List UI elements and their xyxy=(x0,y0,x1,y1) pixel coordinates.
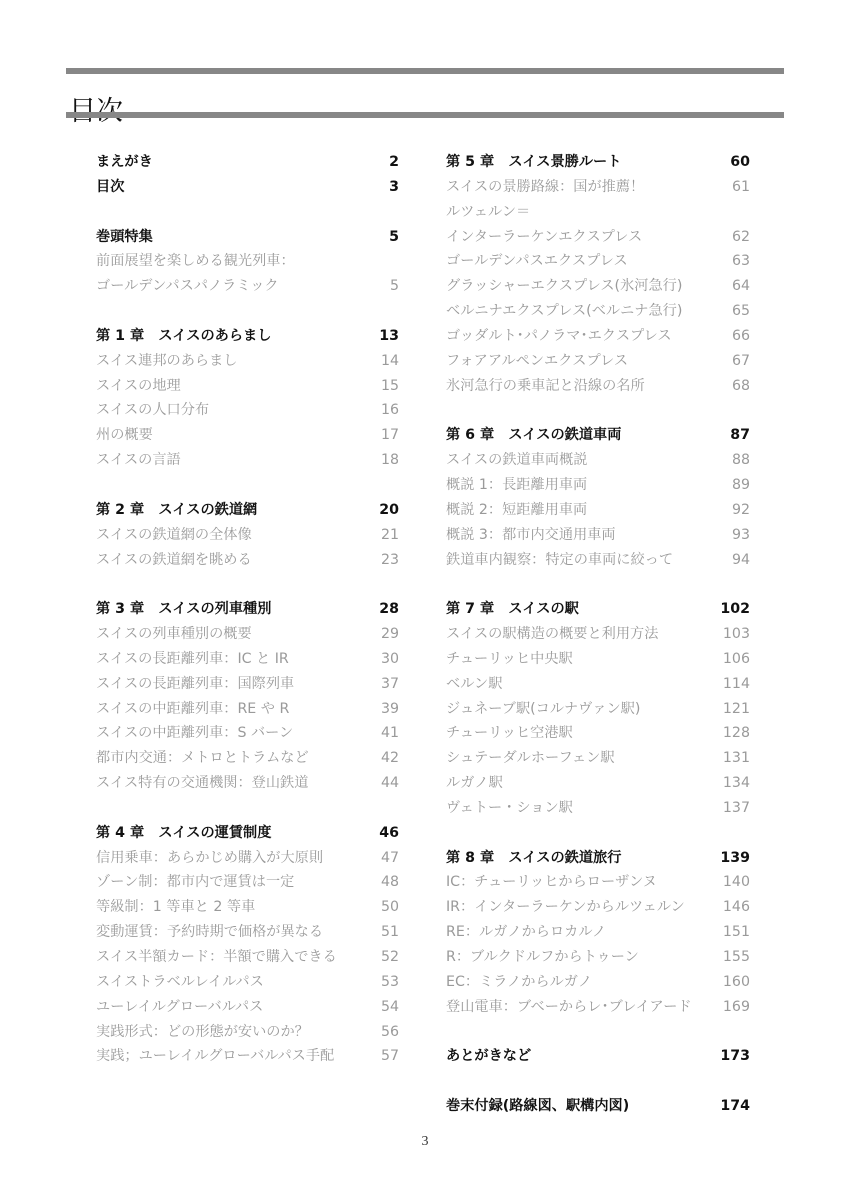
toc-entry-page: 146 xyxy=(723,895,750,920)
toc-entry-title: 都市内交通：メトロとトラムなど xyxy=(96,746,309,771)
toc-entry-title: スイスの列車種別の概要 xyxy=(96,622,252,647)
toc-section-entry[interactable]: IC：チューリッヒからローザンヌ140 xyxy=(446,870,750,895)
toc-section-entry[interactable]: 等級制：1 等車と 2 等車50 xyxy=(96,895,399,920)
toc-entry-page: 102 xyxy=(720,597,750,622)
toc-entry-title: スイスの駅構造の概要と利用方法 xyxy=(446,622,658,647)
toc-chapter-entry[interactable]: まえがき2 xyxy=(96,150,399,175)
toc-entry-title: EC：ミラノからルガノ xyxy=(446,970,592,995)
toc-entry-title: スイスの景勝路線：国が推薦！ xyxy=(446,175,644,200)
toc-section-entry[interactable]: チューリッヒ空港駅128 xyxy=(446,721,750,746)
toc-chapter-entry[interactable]: 第 2 章 スイスの鉄道網20 xyxy=(96,498,399,523)
toc-section-entry[interactable]: ゴールデンパスパノラミック5 xyxy=(96,274,399,299)
toc-section-entry[interactable]: グラッシャーエクスプレス(氷河急行)64 xyxy=(446,274,750,299)
toc-entry-page: 13 xyxy=(379,324,399,349)
toc-entry-title: 巻頭特集 xyxy=(96,225,153,250)
toc-entry-title: 第 1 章 スイスのあらまし xyxy=(96,324,271,349)
toc-entry-page: 64 xyxy=(732,274,750,299)
toc-entry-title: 氷河急行の乗車記と沿線の名所 xyxy=(446,374,645,399)
toc-section-entry[interactable]: スイスの列車種別の概要29 xyxy=(96,622,399,647)
toc-section-entry[interactable]: 前面展望を楽しめる観光列車： xyxy=(96,249,399,274)
toc-section-entry[interactable]: 州の概要17 xyxy=(96,423,399,448)
toc-entry-page: 68 xyxy=(732,374,750,399)
toc-entry-title: RE：ルガノからロカルノ xyxy=(446,920,606,945)
toc-entry-page: 48 xyxy=(381,870,399,895)
toc-section-entry[interactable]: スイストラベルレイルパス53 xyxy=(96,970,399,995)
toc-entry-page: 28 xyxy=(379,597,399,622)
toc-entry-title: スイス半額カード：半額で購入できる xyxy=(96,945,337,970)
toc-section-entry[interactable]: スイスの景勝路線：国が推薦！61 xyxy=(446,175,750,200)
toc-section-entry[interactable]: インターラーケンエクスプレス62 xyxy=(446,225,750,250)
toc-entry-title: 変動運賃：予約時期で価格が異なる xyxy=(96,920,323,945)
toc-entry-title: 第 3 章 スイスの列車種別 xyxy=(96,597,271,622)
toc-spacer xyxy=(96,299,399,324)
toc-section-entry[interactable]: スイスの鉄道網の全体像21 xyxy=(96,523,399,548)
toc-spacer xyxy=(96,796,399,821)
toc-entry-page: 137 xyxy=(723,796,750,821)
toc-entry-title: 等級制：1 等車と 2 等車 xyxy=(96,895,255,920)
toc-spacer xyxy=(446,572,750,597)
toc-entry-page: 42 xyxy=(381,746,399,771)
toc-entry-page: 15 xyxy=(381,374,399,399)
toc-entry-title: フォアアルペンエクスプレス xyxy=(446,349,628,374)
toc-entry-page: 30 xyxy=(381,647,399,672)
toc-section-entry[interactable]: 信用乗車：あらかじめ購入が大原則47 xyxy=(96,846,399,871)
toc-entry-title: 信用乗車：あらかじめ購入が大原則 xyxy=(96,846,323,871)
toc-chapter-entry[interactable]: 巻末付録(路線図、駅構内図)174 xyxy=(446,1094,750,1119)
toc-entry-title: あとがきなど xyxy=(446,1044,531,1069)
toc-spacer xyxy=(96,473,399,498)
toc-right-column: 第 5 章 スイス景勝ルート60スイスの景勝路線：国が推薦！61ルツェルン＝イン… xyxy=(446,150,750,1119)
toc-spacer xyxy=(96,572,399,597)
toc-entry-title: 州の概要 xyxy=(96,423,153,448)
toc-section-entry[interactable]: 鉄道車内観察：特定の車両に絞って94 xyxy=(446,548,750,573)
toc-entry-title: スイスの鉄道車両概説 xyxy=(446,448,587,473)
toc-entry-page: 67 xyxy=(732,349,750,374)
toc-entry-title: ゾーン制：都市内で運賃は一定 xyxy=(96,870,294,895)
toc-entry-page: 53 xyxy=(381,970,399,995)
toc-section-entry[interactable]: スイス半額カード：半額で購入できる52 xyxy=(96,945,399,970)
toc-entry-page: 131 xyxy=(723,746,750,771)
toc-entry-title: 実践；ユーレイルグローバルパス手配 xyxy=(96,1044,334,1069)
toc-section-entry[interactable]: ゾーン制：都市内で運賃は一定48 xyxy=(96,870,399,895)
toc-chapter-entry[interactable]: 第 6 章 スイスの鉄道車両87 xyxy=(446,423,750,448)
toc-entry-title: インターラーケンエクスプレス xyxy=(446,225,642,250)
toc-entry-title: 第 4 章 スイスの運賃制度 xyxy=(96,821,271,846)
toc-entry-page: 14 xyxy=(381,349,399,374)
toc-entry-page: 114 xyxy=(723,672,750,697)
toc-entry-title: ゴッダルト･パノラマ･エクスプレス xyxy=(446,324,672,349)
toc-entry-title: ヴェトー・ション駅 xyxy=(446,796,573,821)
toc-section-entry[interactable]: スイスの中距離列車：RE や R39 xyxy=(96,697,399,722)
toc-section-entry[interactable]: シュテーダルホーフェン駅131 xyxy=(446,746,750,771)
toc-entry-page: 62 xyxy=(732,225,750,250)
toc-section-entry[interactable]: ルツェルン＝ xyxy=(446,200,750,225)
toc-entry-title: スイス連邦のあらまし xyxy=(96,349,237,374)
toc-entry-page: 160 xyxy=(723,970,750,995)
toc-entry-title: シュテーダルホーフェン駅 xyxy=(446,746,615,771)
toc-chapter-entry[interactable]: 第 8 章 スイスの鉄道旅行139 xyxy=(446,846,750,871)
toc-chapter-entry[interactable]: 巻頭特集5 xyxy=(96,225,399,250)
toc-entry-page: 46 xyxy=(379,821,399,846)
toc-section-entry[interactable]: 実践形式：どの形態が安いのか？56 xyxy=(96,1020,399,1045)
toc-entry-title: ジュネーブ駅(コルナヴァン駅) xyxy=(446,697,640,722)
toc-section-entry[interactable]: スイスの鉄道網を眺める23 xyxy=(96,548,399,573)
toc-section-entry[interactable]: ベルニナエクスプレス(ベルニナ急行)65 xyxy=(446,299,750,324)
toc-section-entry[interactable]: ゴッダルト･パノラマ･エクスプレス66 xyxy=(446,324,750,349)
toc-entry-title: ユーレイルグローバルパス xyxy=(96,995,263,1020)
toc-entry-title: 実践形式：どの形態が安いのか？ xyxy=(96,1020,309,1045)
toc-entry-page: 66 xyxy=(732,324,750,349)
toc-entry-page: 94 xyxy=(732,548,750,573)
toc-entry-page: 174 xyxy=(720,1094,750,1119)
toc-entry-page: 65 xyxy=(732,299,750,324)
toc-entry-page: 134 xyxy=(723,771,750,796)
toc-entry-title: ベルン駅 xyxy=(446,672,502,697)
toc-entry-page: 44 xyxy=(381,771,399,796)
toc-entry-page: 21 xyxy=(381,523,399,548)
toc-section-entry[interactable]: スイスの言語18 xyxy=(96,448,399,473)
toc-section-entry[interactable]: 概説 2：短距離用車両92 xyxy=(446,498,750,523)
toc-section-entry[interactable]: IR：インターラーケンからルツェルン146 xyxy=(446,895,750,920)
toc-left-column: まえがき2目次3巻頭特集5前面展望を楽しめる観光列車：ゴールデンパスパノラミック… xyxy=(96,150,399,1069)
toc-entry-title: 概説 3：都市内交通用車両 xyxy=(446,523,616,548)
toc-section-entry[interactable]: 都市内交通：メトロとトラムなど42 xyxy=(96,746,399,771)
toc-entry-title: 第 7 章 スイスの駅 xyxy=(446,597,579,622)
toc-entry-page: 103 xyxy=(723,622,750,647)
toc-entry-title: 目次 xyxy=(96,175,124,200)
toc-chapter-entry[interactable]: 目次3 xyxy=(96,175,399,200)
toc-chapter-entry[interactable]: 第 3 章 スイスの列車種別28 xyxy=(96,597,399,622)
toc-entry-title: スイスの鉄道網を眺める xyxy=(96,548,252,573)
toc-chapter-entry[interactable]: あとがきなど173 xyxy=(446,1044,750,1069)
toc-entry-title: スイスの長距離列車：国際列車 xyxy=(96,672,294,697)
toc-spacer xyxy=(446,1020,750,1045)
toc-entry-page: 39 xyxy=(381,697,399,722)
toc-entry-title: IC：チューリッヒからローザンヌ xyxy=(446,870,657,895)
toc-entry-title: スイスの言語 xyxy=(96,448,181,473)
toc-section-entry[interactable]: スイスの人口分布16 xyxy=(96,398,399,423)
toc-entry-title: ゴールデンパスパノラミック xyxy=(96,274,279,299)
toc-entry-title: スイストラベルレイルパス xyxy=(96,970,264,995)
toc-entry-page: 37 xyxy=(381,672,399,697)
toc-section-entry[interactable]: スイス連邦のあらまし14 xyxy=(96,349,399,374)
toc-entry-title: チューリッヒ中央駅 xyxy=(446,647,573,672)
toc-entry-page: 89 xyxy=(732,473,750,498)
toc-entry-page: 23 xyxy=(381,548,399,573)
toc-entry-page: 56 xyxy=(381,1020,399,1045)
toc-entry-title: 第 8 章 スイスの鉄道旅行 xyxy=(446,846,621,871)
toc-entry-title: 巻末付録(路線図、駅構内図) xyxy=(446,1094,629,1119)
toc-entry-page: 88 xyxy=(732,448,750,473)
toc-section-entry[interactable]: スイスの地理15 xyxy=(96,374,399,399)
toc-entry-title: 第 2 章 スイスの鉄道網 xyxy=(96,498,257,523)
toc-section-entry[interactable]: R：ブルクドルフからトゥーン155 xyxy=(446,945,750,970)
title-rule-top xyxy=(66,68,784,74)
toc-entry-title: 前面展望を楽しめる観光列車： xyxy=(96,249,295,274)
toc-entry-page: 18 xyxy=(381,448,399,473)
toc-section-entry[interactable]: ヴェトー・ション駅137 xyxy=(446,796,750,821)
toc-entry-page: 121 xyxy=(723,697,750,722)
toc-entry-title: スイス特有の交通機関：登山鉄道 xyxy=(96,771,308,796)
toc-entry-title: 概説 2：短距離用車両 xyxy=(446,498,587,523)
toc-entry-page: 29 xyxy=(381,622,399,647)
toc-entry-page: 155 xyxy=(723,945,750,970)
toc-entry-title: ゴールデンパスエクスプレス xyxy=(446,249,628,274)
toc-section-entry[interactable]: フォアアルペンエクスプレス67 xyxy=(446,349,750,374)
toc-entry-page: 61 xyxy=(732,175,750,200)
toc-spacer xyxy=(446,821,750,846)
toc-entry-title: 第 6 章 スイスの鉄道車両 xyxy=(446,423,621,448)
toc-entry-page: 93 xyxy=(732,523,750,548)
toc-entry-page: 57 xyxy=(381,1044,399,1069)
toc-section-entry[interactable]: チューリッヒ中央駅106 xyxy=(446,647,750,672)
toc-section-entry[interactable]: ゴールデンパスエクスプレス63 xyxy=(446,249,750,274)
toc-section-entry[interactable]: 概説 3：都市内交通用車両93 xyxy=(446,523,750,548)
toc-chapter-entry[interactable]: 第 4 章 スイスの運賃制度46 xyxy=(96,821,399,846)
toc-entry-title: 概説 1：長距離用車両 xyxy=(446,473,587,498)
toc-entry-page: 47 xyxy=(381,846,399,871)
toc-entry-title: R：ブルクドルフからトゥーン xyxy=(446,945,639,970)
toc-entry-page: 151 xyxy=(723,920,750,945)
toc-section-entry[interactable]: RE：ルガノからロカルノ151 xyxy=(446,920,750,945)
toc-section-entry[interactable]: ルガノ駅134 xyxy=(446,771,750,796)
toc-entry-page: 92 xyxy=(732,498,750,523)
toc-entry-page: 17 xyxy=(381,423,399,448)
toc-spacer xyxy=(446,398,750,423)
toc-section-entry[interactable]: 登山電車：ブベーからレ･ブレイアード169 xyxy=(446,995,750,1020)
toc-entry-title: スイスの鉄道網の全体像 xyxy=(96,523,252,548)
toc-entry-page: 5 xyxy=(389,225,399,250)
toc-entry-title: スイスの地理 xyxy=(96,374,181,399)
toc-entry-title: スイスの長距離列車：IC と IR xyxy=(96,647,289,672)
toc-entry-title: IR：インターラーケンからルツェルン xyxy=(446,895,685,920)
toc-chapter-entry[interactable]: 第 7 章 スイスの駅102 xyxy=(446,597,750,622)
toc-entry-title: 第 5 章 スイス景勝ルート xyxy=(446,150,621,175)
toc-entry-page: 51 xyxy=(381,920,399,945)
toc-section-entry[interactable]: 実践；ユーレイルグローバルパス手配57 xyxy=(96,1044,399,1069)
toc-entry-title: スイスの中距離列車：RE や R xyxy=(96,697,289,722)
toc-entry-title: まえがき xyxy=(96,150,153,175)
toc-section-entry[interactable]: ジュネーブ駅(コルナヴァン駅)121 xyxy=(446,697,750,722)
toc-entry-title: グラッシャーエクスプレス(氷河急行) xyxy=(446,274,682,299)
toc-section-entry[interactable]: スイスの鉄道車両概説88 xyxy=(446,448,750,473)
toc-section-entry[interactable]: スイスの長距離列車：IC と IR30 xyxy=(96,647,399,672)
toc-entry-page: 3 xyxy=(389,175,399,200)
toc-entry-title: ベルニナエクスプレス(ベルニナ急行) xyxy=(446,299,682,324)
toc-section-entry[interactable]: スイスの長距離列車：国際列車37 xyxy=(96,672,399,697)
toc-entry-page: 2 xyxy=(389,150,399,175)
toc-entry-title: ルツェルン＝ xyxy=(446,200,530,225)
toc-section-entry[interactable]: EC：ミラノからルガノ160 xyxy=(446,970,750,995)
toc-entry-title: スイスの中距離列車：S バーン xyxy=(96,721,293,746)
toc-entry-page: 5 xyxy=(390,274,399,299)
toc-section-entry[interactable]: スイスの駅構造の概要と利用方法103 xyxy=(446,622,750,647)
toc-entry-page: 106 xyxy=(723,647,750,672)
toc-entry-page: 173 xyxy=(720,1044,750,1069)
title-rule-bottom xyxy=(66,112,784,118)
toc-spacer xyxy=(96,200,399,225)
toc-entry-page: 128 xyxy=(723,721,750,746)
toc-entry-title: 鉄道車内観察：特定の車両に絞って xyxy=(446,548,673,573)
toc-section-entry[interactable]: スイス特有の交通機関：登山鉄道44 xyxy=(96,771,399,796)
toc-entry-page: 139 xyxy=(720,846,750,871)
toc-entry-title: ルガノ駅 xyxy=(446,771,503,796)
toc-entry-page: 54 xyxy=(381,995,399,1020)
toc-section-entry[interactable]: 氷河急行の乗車記と沿線の名所68 xyxy=(446,374,750,399)
toc-section-entry[interactable]: ベルン駅114 xyxy=(446,672,750,697)
toc-entry-page: 16 xyxy=(381,398,399,423)
toc-section-entry[interactable]: ユーレイルグローバルパス54 xyxy=(96,995,399,1020)
toc-entry-page: 87 xyxy=(730,423,750,448)
toc-entry-page: 41 xyxy=(381,721,399,746)
toc-entry-page: 52 xyxy=(381,945,399,970)
toc-section-entry[interactable]: 変動運賃：予約時期で価格が異なる51 xyxy=(96,920,399,945)
toc-entry-title: 登山電車：ブベーからレ･ブレイアード xyxy=(446,995,692,1020)
toc-section-entry[interactable]: 概説 1：長距離用車両89 xyxy=(446,473,750,498)
toc-spacer xyxy=(446,1069,750,1094)
toc-entry-page: 140 xyxy=(723,870,750,895)
toc-entry-title: スイスの人口分布 xyxy=(96,398,209,423)
toc-entry-page: 169 xyxy=(723,995,750,1020)
toc-section-entry[interactable]: スイスの中距離列車：S バーン41 xyxy=(96,721,399,746)
toc-entry-page: 60 xyxy=(730,150,750,175)
toc-entry-page: 63 xyxy=(732,249,750,274)
toc-chapter-entry[interactable]: 第 5 章 スイス景勝ルート60 xyxy=(446,150,750,175)
toc-entry-title: チューリッヒ空港駅 xyxy=(446,721,573,746)
page-number: 3 xyxy=(0,1134,850,1150)
toc-chapter-entry[interactable]: 第 1 章 スイスのあらまし13 xyxy=(96,324,399,349)
toc-entry-page: 20 xyxy=(379,498,399,523)
toc-entry-page: 50 xyxy=(381,895,399,920)
